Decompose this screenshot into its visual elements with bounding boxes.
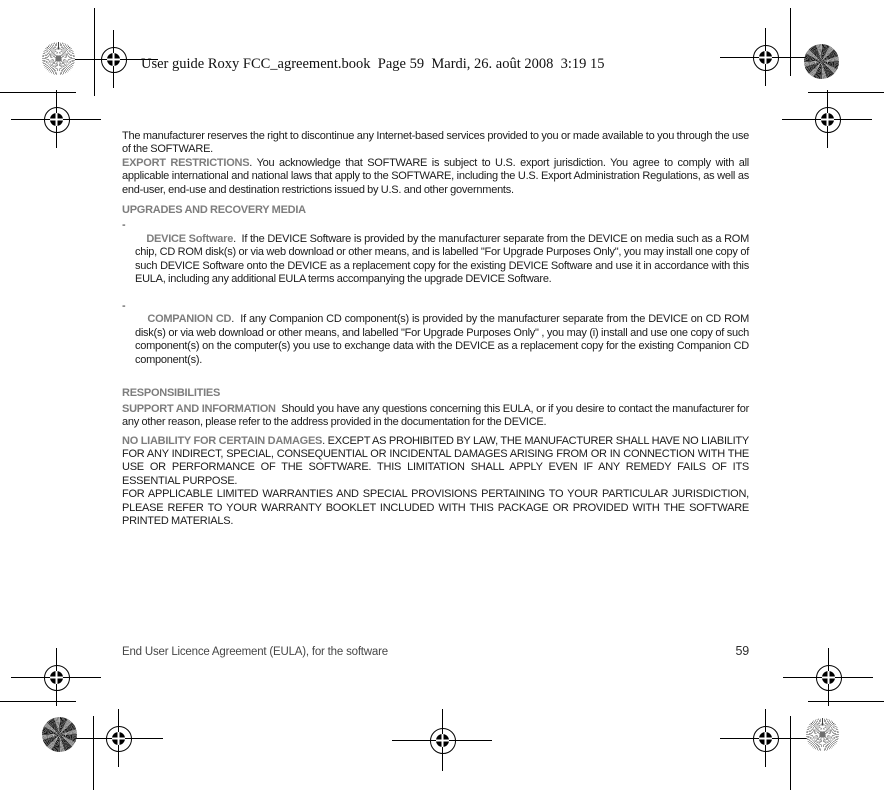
crop-line-bottom-right-vertical [790,716,791,790]
paragraph-no-liability: NO LIABILITY FOR CERTAIN DAMAGES. EXCEPT… [122,435,749,489]
registration-mark-disc [759,51,772,64]
print-proof-page: { "header": { "title": "User guide Roxy … [0,0,884,796]
page-number: 59 [735,644,749,658]
crop-line-bottom-left-vertical [93,716,94,790]
footer-section-title: End User Licence Agreement (EULA), for t… [122,646,388,658]
paragraph-support-and-information: SUPPORT AND INFORMATION Should you have … [122,403,749,430]
registration-mark-disc [50,113,63,126]
export-restrictions-label: EXPORT RESTRICTIONS [122,157,249,169]
registration-mark-disc [436,734,449,747]
registration-mark-disc [112,732,125,745]
support-information-label: SUPPORT AND INFORMATION [122,403,276,415]
crop-line-top-left-horizontal [0,92,76,93]
print-job-header: User guide Roxy FCC_agreement.book Page … [141,56,605,73]
registration-mark-disc [821,113,834,126]
registration-mark-disc [107,53,120,66]
page-footer: End User Licence Agreement (EULA), for t… [122,644,749,658]
crop-line-bottom-left-horizontal [0,701,76,702]
heading-responsibilities: RESPONSIBILITIES [122,387,749,400]
registration-mark-disc [822,671,835,684]
no-liability-label: NO LIABILITY FOR CERTAIN DAMAGES [122,435,322,447]
paragraph-export-restrictions: EXPORT RESTRICTIONS. You acknowledge tha… [122,157,749,197]
starburst-light-icon [806,718,839,751]
list-bullet: - [122,300,125,313]
heading-upgrades-and-recovery-media: UPGRADES AND RECOVERY MEDIA [122,204,749,217]
crop-line-top-right-vertical [790,8,791,76]
starburst-light-icon [42,42,75,75]
list-item-device-software: -DEVICE Software. If the DEVICE Software… [122,219,749,299]
registration-mark-disc [50,671,63,684]
device-software-label: DEVICE Software [146,233,233,245]
starburst-dark-icon [804,44,839,79]
crop-line-top-right-horizontal [808,92,884,93]
starburst-dark-icon [42,717,77,752]
paragraph-limited-warranties: FOR APPLICABLE LIMITED WARRANTIES AND SP… [122,488,749,528]
list-item-companion-cd: -COMPANION CD. If any Companion CD compo… [122,300,749,380]
document-body: The manufacturer reserves the right to d… [122,130,749,528]
crop-line-bottom-right-horizontal [808,701,884,702]
registration-mark-disc [759,732,772,745]
crop-line-top-left-vertical [94,8,95,96]
companion-cd-label: COMPANION CD [147,313,231,325]
list-bullet: - [122,219,125,232]
paragraph-internet-services: The manufacturer reserves the right to d… [122,130,749,157]
